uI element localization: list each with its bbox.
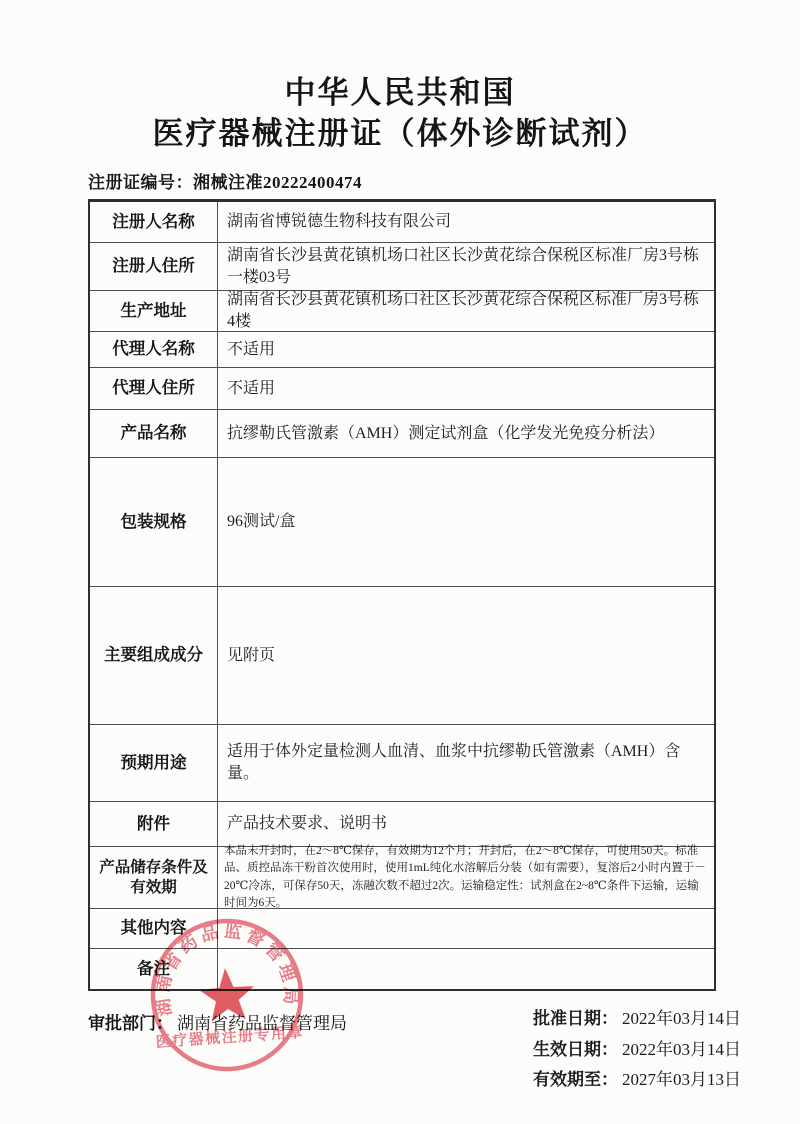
- effective-date-value: 2022年03月14日: [622, 1040, 741, 1059]
- table-row: 附件 产品技术要求、说明书: [90, 801, 714, 846]
- table-row: 产品名称 抗缪勒氏管激素（AMH）测定试剂盒（化学发光免疫分析法）: [90, 409, 714, 457]
- row-label: 注册人名称: [90, 202, 218, 242]
- row-value: 不适用: [218, 332, 714, 367]
- certificate-page: 中华人民共和国 医疗器械注册证（体外诊断试剂） 注册证编号：湘械注准202224…: [0, 0, 800, 1124]
- table-row: 注册人名称 湖南省博锐德生物科技有限公司: [90, 202, 714, 242]
- approval-department: 审批部门：湖南省药品监督管理局: [88, 1009, 347, 1034]
- date-block: 批准日期：2022年03月14日 生效日期：2022年03月14日 有效期至：2…: [533, 1004, 741, 1096]
- row-label: 附件: [90, 802, 218, 846]
- row-value: 湖南省长沙县黄花镇机场口社区长沙黄花综合保税区标准厂房3号栋4楼: [218, 291, 714, 331]
- approval-date: 批准日期：2022年03月14日: [533, 1004, 741, 1035]
- table-row: 其他内容: [90, 908, 714, 948]
- table-row: 代理人名称 不适用: [90, 331, 714, 367]
- table-row: 备注: [90, 948, 714, 989]
- approval-date-value: 2022年03月14日: [622, 1009, 741, 1028]
- row-value: 适用于体外定量检测人血清、血浆中抗缪勒氏管激素（AMH）含量。: [218, 725, 714, 801]
- expiry-date-label: 有效期至：: [533, 1070, 618, 1089]
- certificate-table: 注册人名称 湖南省博锐德生物科技有限公司 注册人住所 湖南省长沙县黄花镇机场口社…: [88, 199, 716, 991]
- table-row: 预期用途 适用于体外定量检测人血清、血浆中抗缪勒氏管激素（AMH）含量。: [90, 724, 714, 801]
- row-value: 不适用: [218, 368, 714, 409]
- page-title: 中华人民共和国 医疗器械注册证（体外诊断试剂）: [0, 72, 800, 154]
- row-label: 注册人住所: [90, 243, 218, 290]
- table-row: 产品储存条件及有效期 本品未开封时，在2～8℃保存，有效期为12个月；开封后，在…: [90, 846, 714, 908]
- approval-date-label: 批准日期：: [533, 1009, 618, 1028]
- expiry-date: 有效期至：2027年03月13日: [533, 1065, 741, 1096]
- row-label: 主要组成成分: [90, 587, 218, 724]
- cert-number-label: 注册证编号：: [88, 173, 193, 192]
- row-value: [218, 909, 714, 948]
- row-label: 代理人住所: [90, 368, 218, 409]
- row-label: 产品名称: [90, 410, 218, 457]
- row-value: 本品未开封时，在2～8℃保存，有效期为12个月；开封后，在2～8℃保存，可使用5…: [218, 847, 714, 908]
- table-row: 主要组成成分 见附页: [90, 586, 714, 724]
- row-label: 预期用途: [90, 725, 218, 801]
- effective-date: 生效日期：2022年03月14日: [533, 1035, 741, 1066]
- approval-department-value: 湖南省药品监督管理局: [177, 1014, 347, 1033]
- row-value: [218, 949, 714, 989]
- row-value: 产品技术要求、说明书: [218, 802, 714, 846]
- row-label: 包装规格: [90, 458, 218, 586]
- title-line-country: 中华人民共和国: [0, 72, 800, 113]
- table-row: 生产地址 湖南省长沙县黄花镇机场口社区长沙黄花综合保税区标准厂房3号栋4楼: [90, 290, 714, 331]
- table-row: 注册人住所 湖南省长沙县黄花镇机场口社区长沙黄花综合保税区标准厂房3号栋一楼03…: [90, 242, 714, 290]
- approval-department-label: 审批部门：: [88, 1014, 173, 1033]
- row-label: 产品储存条件及有效期: [90, 847, 218, 908]
- row-value: 96测试/盒: [218, 458, 714, 586]
- row-label: 其他内容: [90, 909, 218, 948]
- effective-date-label: 生效日期：: [533, 1040, 618, 1059]
- row-value: 湖南省博锐德生物科技有限公司: [218, 202, 714, 242]
- table-row: 代理人住所 不适用: [90, 367, 714, 409]
- row-label: 备注: [90, 949, 218, 989]
- cert-number: 注册证编号：湘械注准20222400474: [88, 168, 362, 193]
- row-label: 代理人名称: [90, 332, 218, 367]
- row-label: 生产地址: [90, 291, 218, 331]
- row-value: 抗缪勒氏管激素（AMH）测定试剂盒（化学发光免疫分析法）: [218, 410, 714, 457]
- row-value: 湖南省长沙县黄花镇机场口社区长沙黄花综合保税区标准厂房3号栋一楼03号: [218, 243, 714, 290]
- cert-number-value: 湘械注准20222400474: [193, 173, 362, 192]
- table-row: 包装规格 96测试/盒: [90, 457, 714, 586]
- row-value: 见附页: [218, 587, 714, 724]
- title-line-certificate: 医疗器械注册证（体外诊断试剂）: [0, 113, 800, 154]
- expiry-date-value: 2027年03月13日: [622, 1070, 741, 1089]
